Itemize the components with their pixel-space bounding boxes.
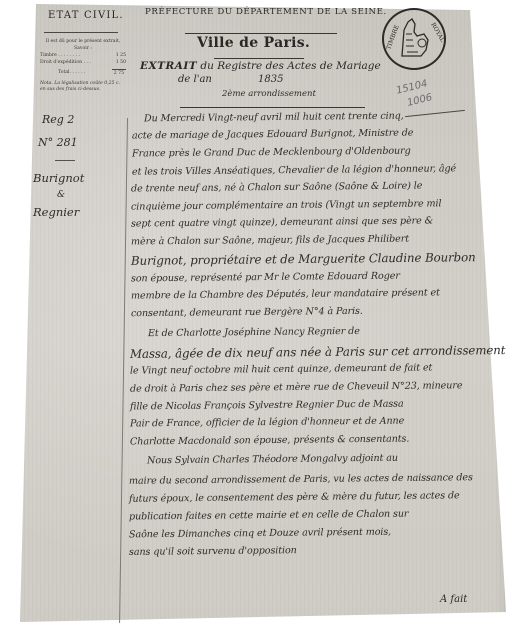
arrondissement: 2ème arrondissement — [222, 89, 316, 99]
divider — [180, 107, 365, 108]
body-line: sans qu'il soit survenu d'opposition — [129, 545, 297, 558]
groom-surname: Burignot — [33, 171, 84, 185]
register-number: N° 281 — [38, 136, 78, 149]
royal-stamp-icon: TIMBRE ROYAL — [382, 8, 446, 70]
fee-row: Droit d'expédition . . . 1 50 — [40, 59, 126, 66]
year-value: 1835 — [258, 74, 283, 85]
city-title: Ville de Paris. — [197, 35, 310, 51]
extrait-title: EXTRAIT du Registre des Actes de Mariage — [140, 60, 381, 72]
divider — [55, 160, 75, 161]
divider — [214, 58, 304, 59]
fee-amount: 1 50 — [116, 59, 126, 66]
ampersand: & — [57, 190, 65, 200]
prefecture-heading: PRÉFECTURE DU DÉPARTEMENT DE LA SEINE. — [145, 7, 387, 17]
divider — [185, 33, 337, 34]
document-photo: ETAT CIVIL. Il est dû pour le présent ex… — [0, 0, 515, 635]
register-label: Reg 2 — [42, 113, 74, 126]
stamp-label-left: TIMBRE — [385, 24, 400, 51]
etat-civil-heading: ETAT CIVIL. — [48, 10, 124, 21]
fee-label: Droit d'expédition . . . — [40, 59, 91, 66]
fees-intro: Il est dû pour le présent extrait, — [40, 38, 126, 45]
fees-box: Il est dû pour le présent extrait, Savoi… — [40, 38, 126, 93]
legalisation-note: Nota. La légalisation coûte 0,25 c. en s… — [40, 81, 126, 93]
bride-surname: Regnier — [33, 205, 79, 219]
stamp-label-right: ROYAL — [429, 22, 444, 44]
extrait-rest: du Registre des Actes de Mariage — [200, 60, 380, 72]
total-row: Total. . . . . . 2 75 — [40, 69, 126, 77]
total-amount: 2 75 — [112, 69, 126, 77]
closing-signature: A fait — [440, 594, 467, 605]
body-line: Et de Charlotte Joséphine Nancy Regnier … — [148, 326, 360, 339]
fee-label: Timbre . . . . . . . . — [40, 52, 80, 59]
year-label: de l'an — [178, 74, 212, 85]
fee-amount: 1 25 — [116, 52, 126, 59]
extrait-bold: EXTRAIT — [140, 60, 197, 72]
fees-label: Savoir : — [40, 45, 126, 52]
fee-row: Timbre . . . . . . . . 1 25 — [40, 52, 126, 59]
divider — [44, 32, 118, 33]
total-label: Total. . . . . . — [58, 69, 86, 77]
